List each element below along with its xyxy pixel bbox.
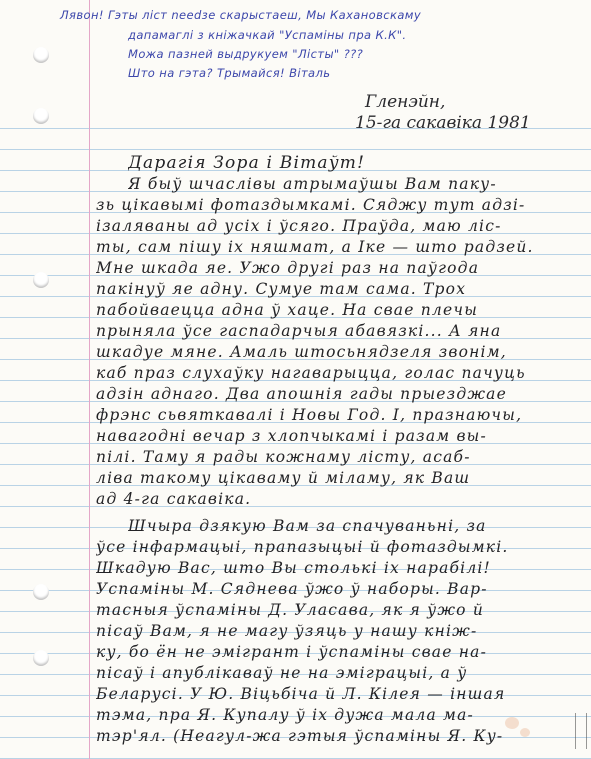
letter-line: пілі. Таму я рады кожнаму лісту, асаб- [96,448,588,466]
letter-date: 15-га сакавіка 1981 [355,113,531,133]
letter-line: ўсе інфармацыі, прапазыцыі й фотаздымкі. [96,538,588,556]
note-line: Лявон! Гэты ліст needзе скарыстаеш, Мы К… [60,8,421,22]
letter-line: тасныя ўспаміны Д. Уласава, як я ўжо й [96,601,588,619]
letter-line: Шчыра дзякую Вам за спачуваньні, за [128,517,588,535]
letter-line: пісаў і апублікаваў не на эміграцыі, а ў [96,664,588,682]
paper-stain [520,728,530,737]
letter-line: адзін аднаго. Два апошнія гады прыезджае [96,385,588,403]
letter-line: ты, сам пішу іх няшмат, а Іке — што радз… [96,238,588,256]
letter-line: пабойваецца адна ў хаце. На свае плечы [96,301,588,319]
letter-place: Гленэйн, [365,92,445,112]
letter-line: фрэнс сьвяткавалі і Новы Год. І, празнаю… [96,406,588,424]
letter-line: прыняла ўсе гаспадарчыя абавязкі... А ян… [96,322,588,340]
letter-salutation: Дарагія Зора і Вітаўт! [128,153,591,173]
letter-page: Лявон! Гэты ліст needзе скарыстаеш, Мы К… [0,0,591,759]
letter-line: Мне шкада яе. Ужо другі раз на паўгода [96,259,588,277]
letter-line: Я быў шчаслівы атрымаўшы Вам паку- [128,175,588,193]
letter-line: ізаляваны ад усіх і ўсяго. Праўда, маю л… [96,217,588,235]
letter-line: шкадуе мяне. Амаль штосьнядзеля звонім, [96,343,588,361]
letter-line: Успаміны М. Сядневa ўжо ў наборы. Вар- [96,580,588,598]
letter-line: тэр'ял. (Неагул-жа гэтыя ўспаміны Я. Ку- [96,727,588,745]
letter-line: ад 4-га сакавіка. [96,490,588,508]
binder-hole [33,108,49,124]
letter-line: пісаў Вам, я не магу ўзяць у нашу кніж- [96,622,588,640]
binder-hole [33,650,49,666]
note-line: Можа пазней выдрукуем "Лісты" ??? [128,47,363,61]
letter-line: Шкадую Вас, што Вы столькі іх нарабілі! [96,559,588,577]
letter-line: ку, бо ён не эмігрант і ўспаміны свае на… [96,643,588,661]
letter-line: ліва такому цікаваму й міламу, як Ваш [96,469,588,487]
paper-stain [505,717,519,729]
binder-hole [33,584,49,600]
binder-hole [33,272,49,288]
note-line: Што на гэта? Трымайся! Віталь [128,66,330,80]
binder-hole [33,47,49,63]
letter-line: зь цікавымі фотаздымкамі. Сяджу тут адзі… [96,196,588,214]
letter-line: каб праз слухаўку нагаварыцца, голас пач… [96,364,588,382]
letter-line: пакінуў яе адну. Сумуе там сама. Трох [96,280,588,298]
letter-line: Беларусі. У Ю. Віцьбіча й Л. Кілея — інш… [96,685,588,703]
edge-mark [575,713,587,749]
note-line: дапамаглі з кніжачкай "Успаміны пра К.К"… [128,28,406,42]
letter-line: навагодні вечар з хлопчыкамі і разам вы- [96,427,588,445]
margin-line [89,0,90,759]
